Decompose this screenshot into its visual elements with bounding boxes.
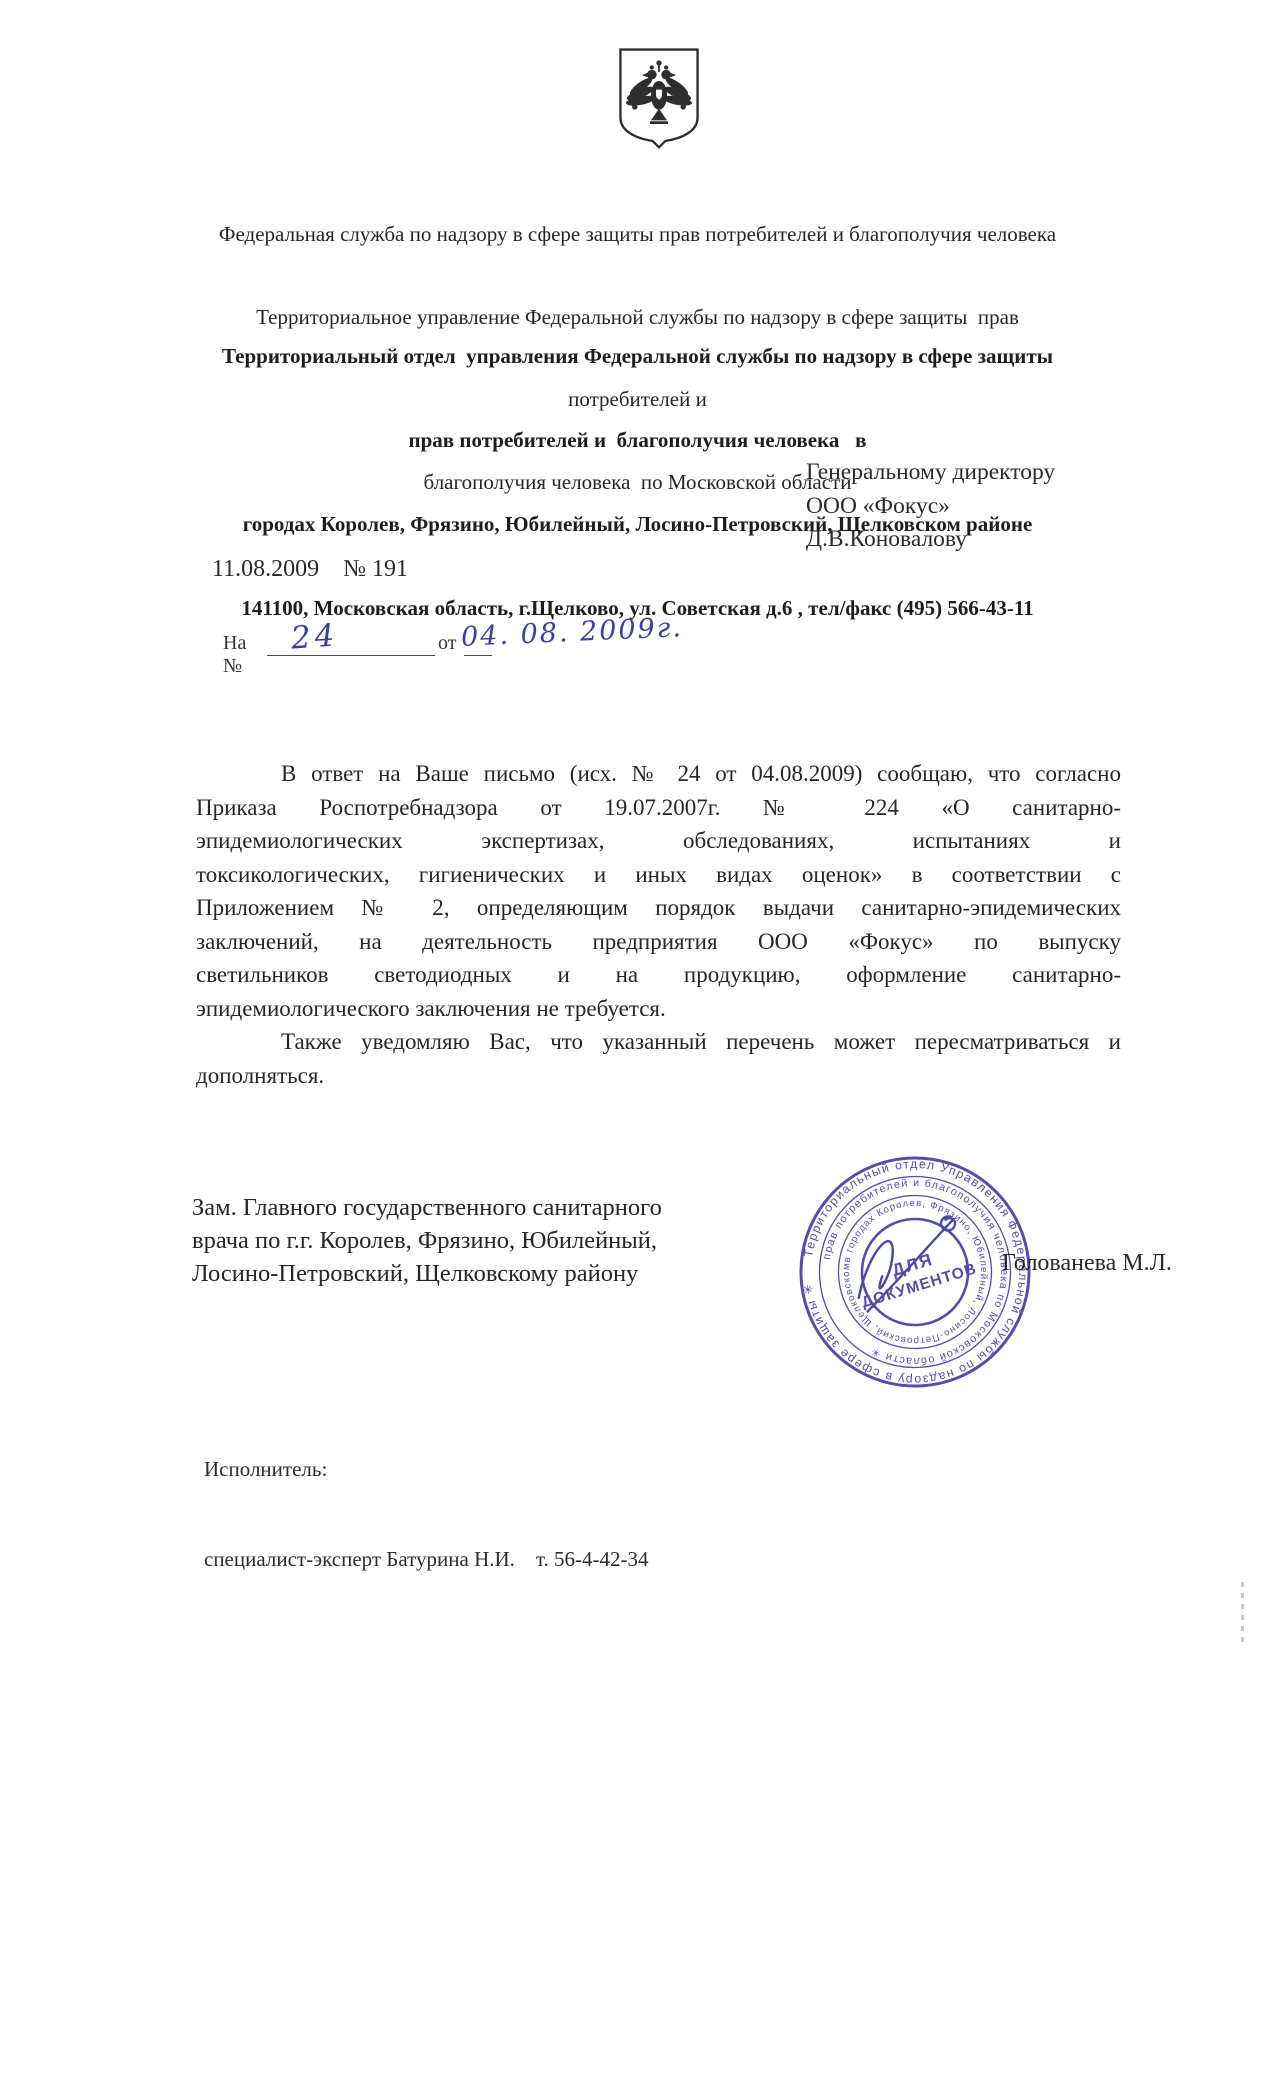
- outgoing-date-line: 11.08.2009№ 191: [212, 556, 408, 583]
- body-line: Также уведомляю Вас, что указанный переч…: [196, 1025, 1121, 1059]
- outgoing-number: № 191: [343, 556, 408, 582]
- body-line: заключений, на деятельность предприятия …: [196, 925, 1121, 959]
- body-line: токсикологических, гигиенических и иных …: [196, 858, 1121, 892]
- incoming-number-label: На №: [223, 632, 246, 678]
- outgoing-date: 11.08.2009: [212, 556, 319, 582]
- body-line: В ответ на Ваше письмо (исх. № 24 от 04.…: [196, 757, 1121, 791]
- letter-body: В ответ на Ваше письмо (исх. № 24 от 04.…: [196, 757, 1121, 1092]
- coat-of-arms-icon: [613, 46, 705, 150]
- addressee-block: Генеральному директору ООО «Фокус» Д.В.К…: [806, 456, 1055, 557]
- letterhead-line: Федеральная служба по надзору в сфере за…: [120, 221, 1155, 249]
- executor-label: Исполнитель:: [204, 1454, 649, 1484]
- addressee-position: Генеральному директору: [806, 456, 1055, 490]
- signatory-title-line: врача по г.г. Королев, Фрязино, Юбилейны…: [192, 1225, 662, 1258]
- body-line: дополняться.: [196, 1059, 1121, 1093]
- executor-block: Исполнитель: специалист-эксперт Батурина…: [204, 1394, 649, 1634]
- body-line: Приложением № 2, определяющим порядок вы…: [196, 891, 1121, 925]
- incoming-date-label: от: [438, 632, 456, 655]
- addressee-company: ООО «Фокус»: [806, 490, 1055, 524]
- incoming-number-handwritten: 24: [290, 617, 340, 656]
- body-line: светильников светодиодных и на продукцию…: [196, 958, 1121, 992]
- signatory-title-line: Лосино-Петровский, Щелковскому району: [192, 1258, 662, 1291]
- signatory-title-line: Зам. Главного государственного санитарно…: [192, 1192, 662, 1225]
- executor-details: специалист-эксперт Батурина Н.И. т. 56-4…: [204, 1544, 649, 1574]
- scanned-letter-page: Федеральная служба по надзору в сфере за…: [0, 0, 1275, 2100]
- letterhead-bold-line: Территориальный отдел управления Федерал…: [120, 342, 1155, 370]
- signatory-title-block: Зам. Главного государственного санитарно…: [192, 1192, 662, 1290]
- letterhead-bold-line: прав потребителей и благополучия человек…: [120, 426, 1155, 454]
- addressee-person: Д.В.Коновалову: [806, 523, 1055, 557]
- body-line: эпидемиологического заключения не требуе…: [196, 992, 1121, 1026]
- body-line: эпидемиологических экспертизах, обследов…: [196, 824, 1121, 858]
- body-line: Приказа Роспотребнадзора от 19.07.2007г.…: [196, 791, 1121, 825]
- official-round-stamp: Территориальный отдел Управления Федерал…: [785, 1142, 1045, 1402]
- scan-edge-artifact: [1241, 1582, 1244, 1646]
